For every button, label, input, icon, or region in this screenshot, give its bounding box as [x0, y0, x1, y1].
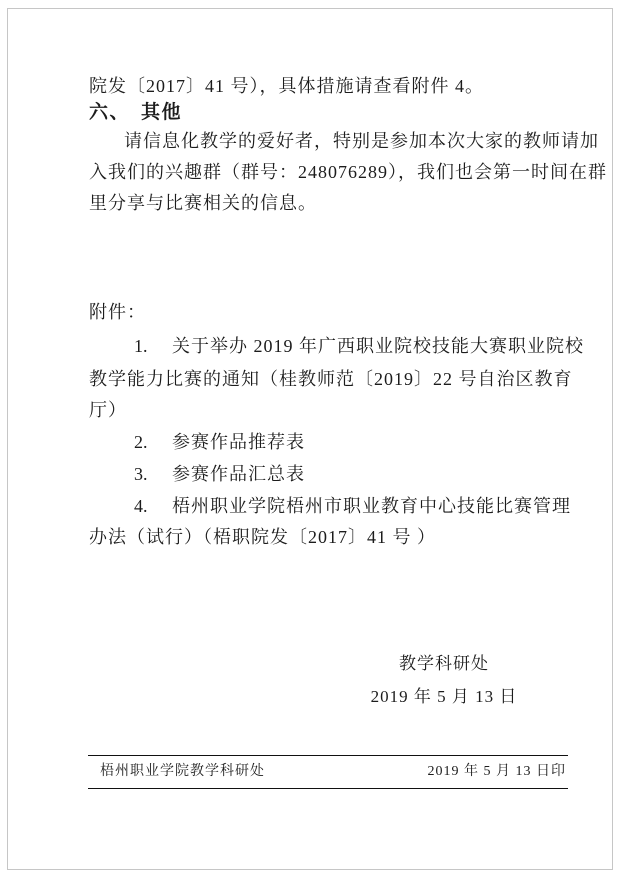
attachment-number: 4. — [134, 494, 172, 518]
attachment-text: 参赛作品推荐表 — [172, 432, 305, 452]
intro-line: 院发〔2017〕41 号），具体措施请查看附件 4。 — [89, 74, 567, 98]
attachment-item-line: 教学能力比赛的通知（桂教师范〔2019〕22 号自治区教育 — [89, 367, 567, 391]
attachment-item-line: 3.参赛作品汇总表 — [89, 462, 612, 486]
attachment-text: 梧州职业学院梧州市职业教育中心技能比赛管理 — [172, 496, 571, 516]
attachment-number: 2. — [134, 430, 172, 454]
footer-issuer: 梧州职业学院教学科研处 — [100, 762, 265, 782]
signature-department: 教学科研处 — [319, 653, 569, 675]
attachment-text: 参赛作品汇总表 — [172, 464, 305, 484]
attachment-number: 3. — [134, 462, 172, 486]
attachments-label: 附件： — [89, 300, 567, 324]
paragraph-line: 请信息化教学的爱好者，特别是参加本次大家的教师请加 — [89, 129, 567, 153]
footer-divider-top — [88, 755, 568, 756]
attachment-item-line: 1.关于举办 2019 年广西职业院校技能大赛职业院校 — [89, 334, 612, 358]
document-page: 院发〔2017〕41 号），具体措施请查看附件 4。 六、 其他 请信息化教学的… — [7, 8, 613, 870]
footer-divider-bottom — [88, 788, 568, 789]
attachment-item-line: 4.梧州职业学院梧州市职业教育中心技能比赛管理 — [89, 494, 612, 518]
attachment-item-line: 厅） — [89, 398, 567, 422]
attachment-number: 1. — [134, 334, 172, 358]
footer: 梧州职业学院教学科研处 2019 年 5 月 13 日印 — [100, 762, 566, 782]
attachment-item-line: 办法（试行）（梧职院发〔2017〕41 号 ） — [89, 525, 567, 549]
attachment-text: 关于举办 2019 年广西职业院校技能大赛职业院校 — [172, 336, 584, 356]
section-heading: 六、 其他 — [89, 101, 567, 125]
signature-date: 2019 年 5 月 13 日 — [319, 686, 569, 708]
paragraph-line: 里分享与比赛相关的信息。 — [89, 191, 567, 215]
attachment-item-line: 2.参赛作品推荐表 — [89, 430, 612, 454]
footer-print-date: 2019 年 5 月 13 日印 — [428, 762, 567, 782]
signature-block: 教学科研处 2019 年 5 月 13 日 — [319, 653, 569, 708]
paragraph-line: 入我们的兴趣群（群号：248076289），我们也会第一时间在群 — [89, 160, 567, 184]
